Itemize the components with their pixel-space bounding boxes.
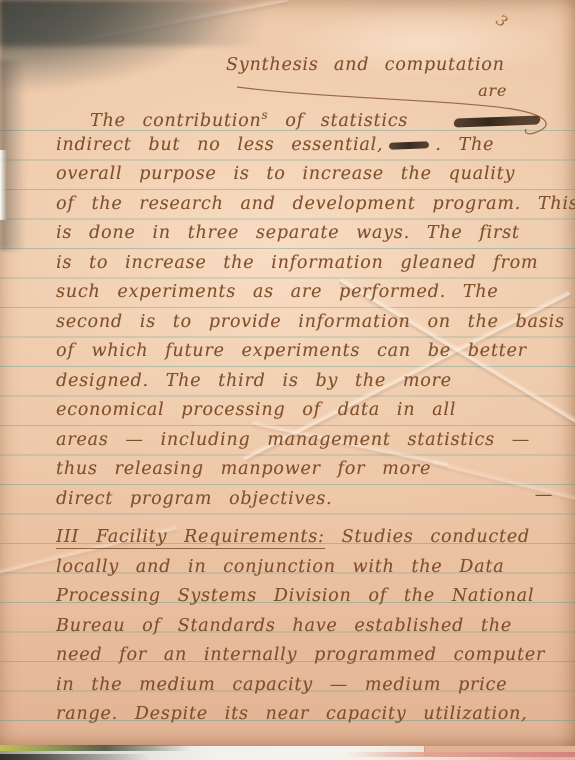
- handwritten-line: is to increase the information gleaned f…: [56, 249, 555, 279]
- handwritten-line: III Facility Requirements: Studies condu…: [56, 523, 555, 553]
- line2-text-a: indirect but no less essential,: [56, 135, 383, 155]
- handwritten-line: economical processing of data in all: [56, 396, 555, 426]
- paragraph-last-line: direct program objectives.: [56, 489, 332, 509]
- inserted-word: are: [478, 76, 507, 106]
- handwritten-line: Processing Systems Division of the Natio…: [56, 582, 555, 612]
- handwritten-line: of the research and development program.…: [56, 190, 555, 220]
- scratch-out-mark: [389, 141, 429, 149]
- handwritten-line: areas — including management statistics …: [56, 426, 555, 456]
- scanned-manuscript-page: 3 Synthesis and computation The contribu…: [0, 0, 575, 760]
- handwritten-line: The contributions of statisticsare: [56, 101, 555, 131]
- facility-requirements-section: III Facility Requirements: Studies condu…: [56, 523, 555, 730]
- section-heading: III Facility Requirements:: [56, 527, 325, 549]
- page-heading: Synthesis and computation: [226, 55, 505, 75]
- handwritten-line: need for an internally programmed comput…: [56, 641, 555, 671]
- section-heading-rest: Studies conducted: [342, 527, 530, 547]
- handwritten-line: designed. The third is by the more: [56, 367, 555, 397]
- handwritten-line: in the medium capacity — medium price: [56, 671, 555, 701]
- handwritten-line: overall purpose is to increase the quali…: [56, 160, 555, 190]
- handwritten-line: locally and in conjunction with the Data: [56, 553, 555, 583]
- line1-text-b: of statistics: [268, 111, 408, 131]
- page-edge-highlight: [0, 150, 7, 220]
- handwritten-line: second is to provide information on the …: [56, 308, 555, 338]
- scratch-out-mark: [453, 115, 540, 127]
- line2-text-b: . The: [435, 135, 494, 155]
- handwritten-line: thus releasing manpower for more: [56, 455, 555, 485]
- line1-text-a: The contribution: [90, 111, 261, 131]
- handwritten-text: The contributions of statisticsare indir…: [56, 101, 555, 730]
- handwritten-line: is done in three separate ways. The firs…: [56, 219, 555, 249]
- scan-edge-shadow: [0, 754, 150, 760]
- paragraph-end-dash: —: [535, 481, 553, 511]
- handwritten-line: range. Despite its near capacity utiliza…: [56, 700, 555, 730]
- underlying-pink-edge: [345, 752, 575, 757]
- handwritten-line: direct program objectives. —: [56, 485, 555, 515]
- handwritten-line: Bureau of Standards have established the: [56, 612, 555, 642]
- handwritten-line: of which future experiments can be bette…: [56, 337, 555, 367]
- handwritten-line: indirect but no less essential,. The: [56, 131, 555, 161]
- handwritten-line: such experiments as are performed. The: [56, 278, 555, 308]
- underlying-page-edges: [0, 745, 190, 751]
